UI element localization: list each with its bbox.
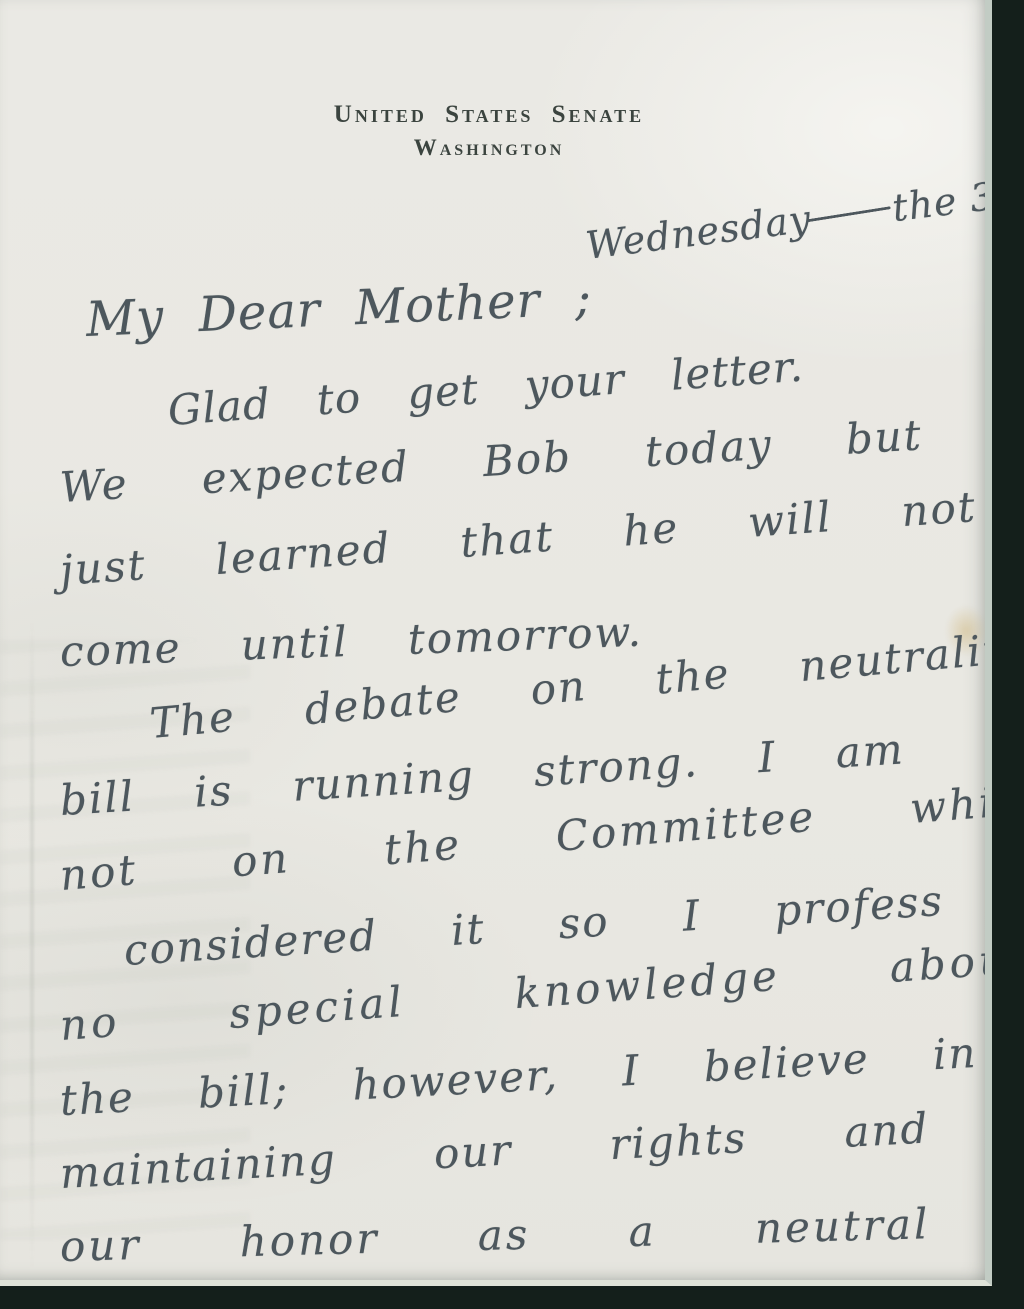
paper-fold-crease <box>30 620 34 1270</box>
handwritten-line: Glad to get your letter. <box>166 342 805 435</box>
letterhead-city: Washington <box>0 135 978 161</box>
salutation: My Dear Mother ; <box>85 270 593 348</box>
letterhead: United States Senate Washington <box>0 101 978 161</box>
scan-backdrop: United States Senate Washington Wednesda… <box>0 0 1024 1309</box>
letterhead-organization: United States Senate <box>0 101 978 129</box>
pen-flourish <box>807 206 890 222</box>
letter-page: United States Senate Washington Wednesda… <box>0 0 992 1286</box>
date-line: Wednesdaythe 3rd <box>583 171 992 268</box>
date-weekday: Wednesday <box>583 197 813 268</box>
date-rest: the 3 <box>890 174 992 230</box>
